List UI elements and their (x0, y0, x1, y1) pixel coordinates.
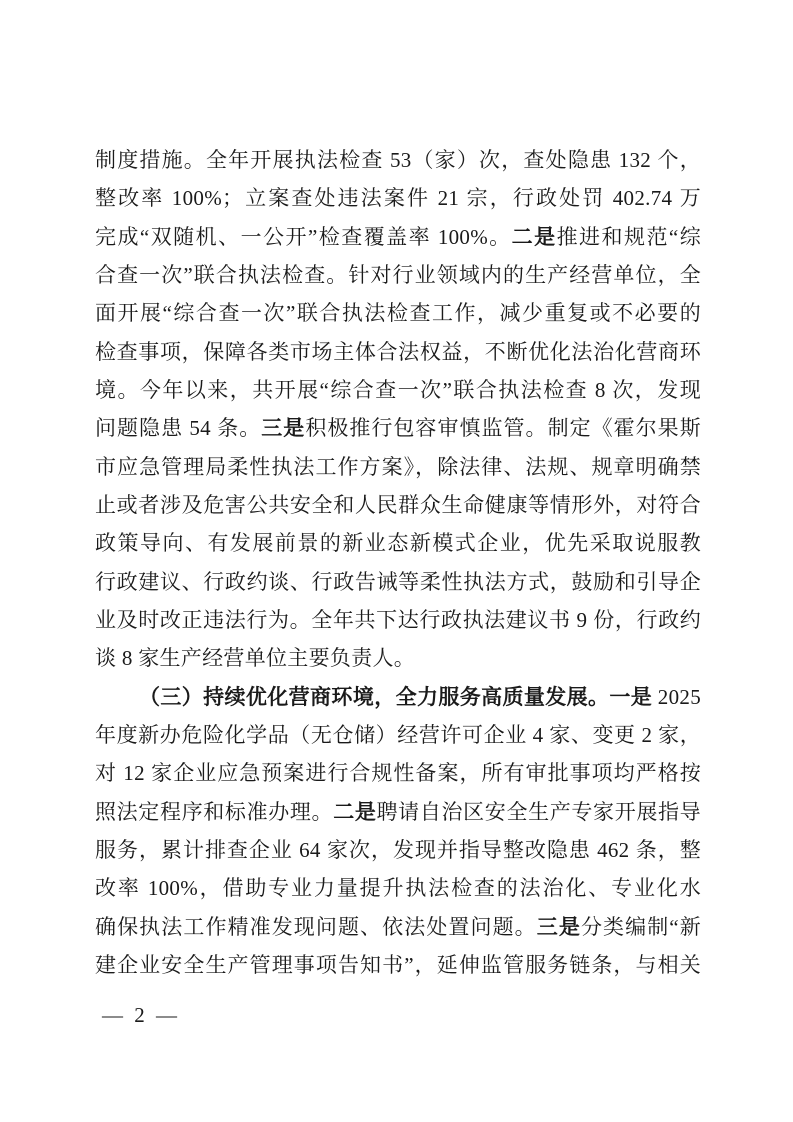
text-run: 市应急管理局柔性执法工作方案》，除法律、法规、规章明确禁 (95, 455, 701, 479)
emphasis-run: 三是 (261, 416, 305, 440)
document-body: 制度措施。全年开展执法检查 53（家）次，查处隐患 132 个，整改率 100%… (95, 141, 701, 984)
text-line: （三）持续优化营商环境，全力服务高质量发展。一是 2025 (95, 678, 701, 716)
text-line: 建企业安全生产管理事项告知书”，延伸监管服务链条，与相关 (95, 946, 701, 984)
text-line: 年度新办危险化学品（无仓储）经营许可企业 4 家、变更 2 家， (95, 716, 701, 754)
text-run: 面开展“综合查一次”联合执法检查工作，减少重复或不必要的 (95, 301, 701, 325)
text-run: 行政建议、行政约谈、行政告诫等柔性执法方式，鼓励和引导企 (95, 570, 701, 594)
emphasis-run: 二是 (512, 225, 557, 249)
text-run: 改率 100%，借助专业力量提升执法检查的法治化、专业化水平， (95, 876, 701, 907)
text-run: 完成“双随机、一公开”检查覆盖率 100%。 (95, 225, 512, 249)
text-line: 止或者涉及危害公共安全和人民群众生命健康等情形外，对符合 (95, 486, 701, 524)
text-line: 政策导向、有发展前景的新业态新模式企业，优先采取说服教育、 (95, 524, 701, 562)
text-run: 问题隐患 54 条。 (95, 416, 261, 440)
text-run: 整改率 100%；立案查处违法案件 21 宗，行政处罚 402.74 万元。 (95, 186, 701, 217)
text-run: 确保执法工作精准发现问题、依法处置问题。 (95, 915, 537, 939)
text-line: 境。今年以来，共开展“综合查一次”联合执法检查 8 次，发现 (95, 371, 701, 409)
text-line: 整改率 100%；立案查处违法案件 21 宗，行政处罚 402.74 万元。 (95, 179, 701, 217)
text-line: 行政建议、行政约谈、行政告诫等柔性执法方式，鼓励和引导企 (95, 563, 701, 601)
text-run: 合查一次”联合执法检查。针对行业领域内的生产经营单位，全 (95, 263, 701, 287)
emphasis-run: 三是 (537, 915, 581, 939)
text-line: 制度措施。全年开展执法检查 53（家）次，查处隐患 132 个， (95, 141, 701, 179)
text-line: 业及时改正违法行为。全年共下达行政执法建议书 9 份，行政约 (95, 601, 701, 639)
text-run: 聘请自治区安全生产专家开展指导 (377, 800, 701, 824)
text-run: 制度措施。全年开展执法检查 53（家）次，查处隐患 132 个， (95, 148, 701, 172)
text-run: 积极推行包容审慎监管。制定《霍尔果斯 (305, 416, 701, 440)
page-number: — 2 — (102, 1000, 180, 1030)
text-run: 业及时改正违法行为。全年共下达行政执法建议书 9 份，行政约 (95, 608, 701, 632)
text-line: 确保执法工作精准发现问题、依法处置问题。三是分类编制“新 (95, 908, 701, 946)
text-line: 谈 8 家生产经营单位主要负责人。 (95, 639, 701, 677)
text-run: 2025 (652, 685, 701, 709)
text-run: 止或者涉及危害公共安全和人民群众生命健康等情形外，对符合 (95, 493, 701, 517)
text-run: 境。今年以来，共开展“综合查一次”联合执法检查 8 次，发现 (95, 378, 701, 402)
emphasis-run: （三）持续优化营商环境，全力服务高质量发展。一是 (139, 685, 652, 709)
text-line: 改率 100%，借助专业力量提升执法检查的法治化、专业化水平， (95, 869, 701, 907)
text-run: 照法定程序和标准办理。 (95, 800, 333, 824)
text-run: 推进和规范“综 (557, 225, 701, 249)
text-line: 完成“双随机、一公开”检查覆盖率 100%。二是推进和规范“综 (95, 218, 701, 256)
text-run: 对 12 家企业应急预案进行合规性备案，所有审批事项均严格按 (95, 761, 701, 785)
text-run: 分类编制“新 (581, 915, 701, 939)
document-page: 制度措施。全年开展执法检查 53（家）次，查处隐患 132 个，整改率 100%… (0, 0, 793, 1122)
text-run: 检查事项，保障各类市场主体合法权益，不断优化法治化营商环 (95, 340, 701, 364)
text-line: 检查事项，保障各类市场主体合法权益，不断优化法治化营商环 (95, 333, 701, 371)
text-line: 服务，累计排查企业 64 家次，发现并指导整改隐患 462 条，整 (95, 831, 701, 869)
text-line: 合查一次”联合执法检查。针对行业领域内的生产经营单位，全 (95, 256, 701, 294)
text-run: 年度新办危险化学品（无仓储）经营许可企业 4 家、变更 2 家， (95, 723, 701, 747)
text-run: 谈 8 家生产经营单位主要负责人。 (95, 646, 415, 670)
text-line: 面开展“综合查一次”联合执法检查工作，减少重复或不必要的 (95, 294, 701, 332)
text-run: 服务，累计排查企业 64 家次，发现并指导整改隐患 462 条，整 (95, 838, 701, 862)
text-run: 政策导向、有发展前景的新业态新模式企业，优先采取说服教育、 (95, 531, 701, 562)
text-line: 照法定程序和标准办理。二是聘请自治区安全生产专家开展指导 (95, 793, 701, 831)
text-line: 市应急管理局柔性执法工作方案》，除法律、法规、规章明确禁 (95, 448, 701, 486)
text-line: 对 12 家企业应急预案进行合规性备案，所有审批事项均严格按 (95, 754, 701, 792)
text-line: 问题隐患 54 条。三是积极推行包容审慎监管。制定《霍尔果斯 (95, 409, 701, 447)
text-run: 建企业安全生产管理事项告知书”，延伸监管服务链条，与相关 (95, 953, 701, 977)
emphasis-run: 二是 (333, 800, 376, 824)
